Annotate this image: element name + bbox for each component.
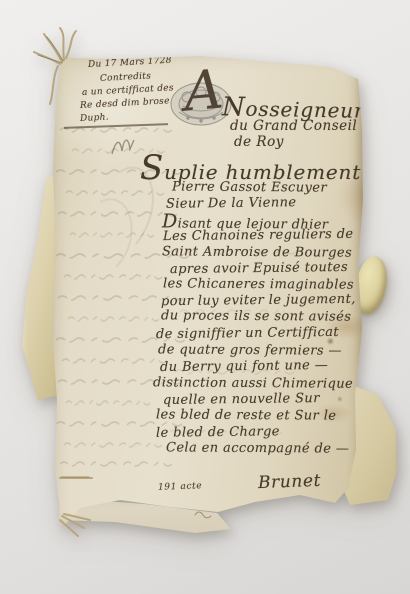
photo-of-manuscript: Du 17 Mars 1728 Contredits a un certiffi…: [0, 0, 410, 594]
binding-threads: [0, 0, 410, 594]
document-stack: Du 17 Mars 1728 Contredits a un certiffi…: [0, 0, 410, 594]
